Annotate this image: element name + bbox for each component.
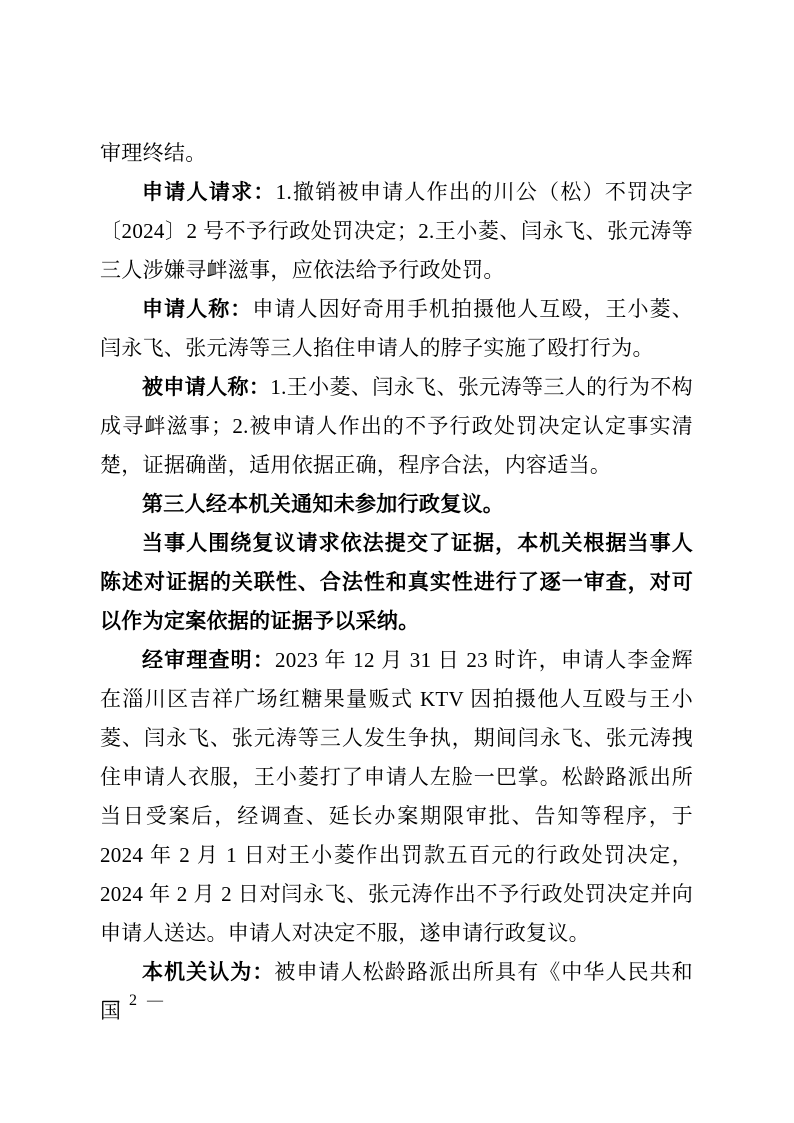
document-text-block: 审理终结。 申请人请求：1.撤销被申请人作出的川公（松）不罚决字〔2024〕2 … <box>100 134 693 1031</box>
paragraph-text: 第三人经本机关通知未参加行政复议。 <box>142 493 504 516</box>
paragraph-text: 2023 年 12 月 31 日 23 时许，申请人李金辉在淄川区吉祥广场红糖果… <box>100 648 693 945</box>
paragraph-text: 当事人围绕复议请求依法提交了证据，本机关根据当事人陈述对证据的关联性、合法性和真… <box>100 532 693 633</box>
page-number: — 2 — <box>103 990 166 1012</box>
paragraph-applicant-request: 申请人请求：1.撤销被申请人作出的川公（松）不罚决字〔2024〕2 号不予行政处… <box>100 173 693 290</box>
document-page: 审理终结。 申请人请求：1.撤销被申请人作出的川公（松）不罚决字〔2024〕2 … <box>0 0 794 1123</box>
paragraph-respondent-statement: 被申请人称：1.王小菱、闫永飞、张元涛等三人的行为不构成寻衅滋事；2.被申请人作… <box>100 368 693 485</box>
paragraph-applicant-statement: 申请人称：申请人因好奇用手机拍摄他人互殴，王小菱、闫永飞、张元涛等三人掐住申请人… <box>100 290 693 368</box>
paragraph-text: 审理终结。 <box>100 141 207 165</box>
paragraph-trial-conclusion: 审理终结。 <box>100 134 693 173</box>
paragraph-lead: 申请人请求： <box>142 181 276 204</box>
paragraph-lead: 申请人称： <box>142 298 252 321</box>
paragraph-authority-opinion: 本机关认为：被申请人松龄路派出所具有《中华人民共和国 <box>100 953 693 1031</box>
paragraph-findings-of-fact: 经审理查明：2023 年 12 月 31 日 23 时许，申请人李金辉在淄川区吉… <box>100 641 693 953</box>
paragraph-evidence-review: 当事人围绕复议请求依法提交了证据，本机关根据当事人陈述对证据的关联性、合法性和真… <box>100 524 693 641</box>
paragraph-lead: 被申请人称： <box>142 376 270 399</box>
paragraph-third-party-notice: 第三人经本机关通知未参加行政复议。 <box>100 485 693 524</box>
paragraph-lead: 经审理查明： <box>142 649 275 672</box>
paragraph-lead: 本机关认为： <box>142 961 274 984</box>
